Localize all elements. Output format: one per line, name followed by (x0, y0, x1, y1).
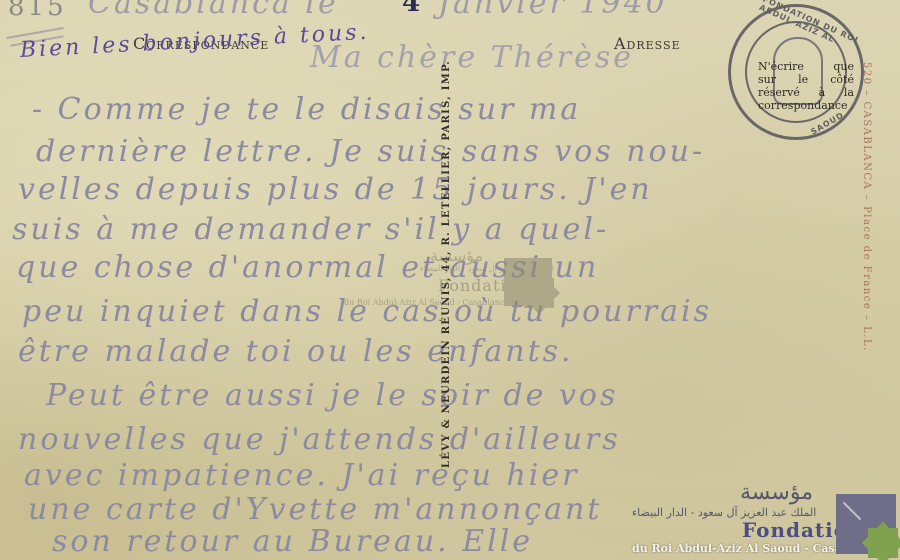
notice-line: réservé à la (758, 86, 854, 99)
postcard-back: 815 Casablanca le 4 Janvier 1940 Corresp… (0, 0, 900, 560)
letter-line: nouvelles que j'attends d'ailleurs (18, 422, 621, 457)
address-notice: N'écrire que sur le côté réservé à la co… (758, 60, 854, 112)
letter-line: Peut être aussi je le soir de vos (46, 378, 618, 413)
letter-line: une carte d'Yvette m'annonçant (28, 492, 602, 527)
letter-line: son retour au Bureau. Elle (52, 524, 533, 559)
date-place: Casablanca le (88, 0, 339, 21)
letter-line: velles depuis plus de 15 jours. J'en (18, 172, 653, 207)
center-watermark: مؤسسة الملك عبد العزيز آل سعود - الدار ا… (340, 246, 560, 316)
date-day: 4 (402, 0, 423, 18)
notice-line: N'écrire que (758, 60, 854, 73)
salutation: Ma chère Thérèse (310, 40, 634, 75)
letter-line: - Comme je te le disais sur ma (32, 92, 581, 127)
letter-line: être malade toi ou les enfants. (18, 334, 574, 369)
notice-line: correspondance (758, 99, 854, 112)
corner-watermark: مؤسسة الملك عبد العزيز آل سعود - الدار ا… (622, 484, 900, 560)
archive-number: 815 (8, 0, 67, 22)
corner-arabic-title: مؤسسة (740, 480, 813, 505)
date-month-year: Janvier 1940 (438, 0, 668, 21)
letter-line: dernière lettre. Je suis sans vos nou- (36, 134, 705, 169)
letter-line: avec impatience. J'ai reçu hier (24, 458, 579, 493)
wm-star-icon (524, 278, 546, 300)
wm-arabic-title: مؤسسة (430, 246, 483, 265)
corner-star-icon (868, 528, 898, 558)
letter-line: suis à me demander s'il y a quel- (12, 212, 609, 247)
wm-subtitle: du Roi Abdul-Aziz Al Saoud - Casablanca (344, 298, 509, 307)
notice-line: sur le côté (758, 73, 854, 86)
postcard-caption: 520 – CASABLANCA – Place de France – L.L… (861, 62, 872, 352)
